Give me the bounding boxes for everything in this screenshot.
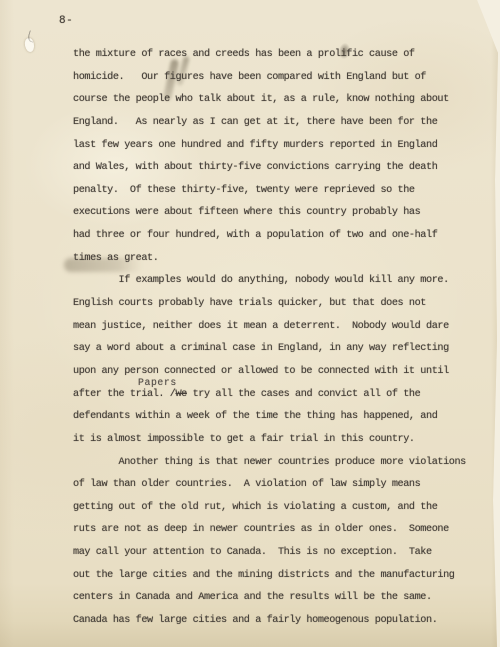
page-number: 8- [59, 15, 73, 27]
text-line: last few years one hundred and fifty mur… [0, 135, 500, 158]
text-line: after the trial. /We try all the cases a… [0, 384, 500, 407]
text-line: If examples would do anything, nobody wo… [0, 270, 500, 293]
text-line: of law than older countries. A violation… [0, 474, 500, 497]
text-line: and Wales, with about thirty-five convic… [0, 157, 500, 180]
text-line: upon any person connected or allowed to … [0, 361, 500, 384]
text-line: homicide. Our figures have been compared… [0, 67, 500, 90]
paper-sheet: 8- the mixture of races and creeds has b… [0, 0, 500, 647]
text-line: had three or four hundred, with a popula… [0, 225, 500, 248]
scanned-document: 8- the mixture of races and creeds has b… [0, 0, 500, 647]
text-line: Canada has few large cities and a fairly… [0, 610, 500, 633]
text-line: say a word about a criminal case in Engl… [0, 338, 500, 361]
text-line: defendants within a week of the time the… [0, 406, 500, 429]
text-line: English courts probably have trials quic… [0, 293, 500, 316]
text-line: Another thing is that newer countries pr… [0, 452, 500, 475]
pencil-mark [26, 30, 36, 43]
interline-insertion: Papers [138, 372, 177, 395]
text-line: times as great. [0, 248, 500, 271]
text-block: the mixture of races and creeds has been… [0, 44, 500, 633]
text-line: course the people who talk about it, as … [0, 89, 500, 112]
text-line: getting out of the old rut, which is vio… [0, 497, 500, 520]
text-line: ruts are not as deep in newer countries … [0, 519, 500, 542]
text-line: out the large cities and the mining dist… [0, 565, 500, 588]
text-line: penalty. Of these thirty-five, twenty we… [0, 180, 500, 203]
text-line: may call your attention to Canada. This … [0, 542, 500, 565]
text-line: the mixture of races and creeds has been… [0, 44, 500, 67]
text-segment: try all the cases and convict all of the [187, 389, 420, 400]
text-line: England. As nearly as I can get at it, t… [0, 112, 500, 135]
struck-out-word: We [175, 389, 186, 400]
text-line: executions were about fifteen where this… [0, 202, 500, 225]
text-line: mean justice, neither does it mean a det… [0, 316, 500, 339]
text-line: it is almost impossible to get a fair tr… [0, 429, 500, 452]
text-line: centers in Canada and America and the re… [0, 587, 500, 610]
